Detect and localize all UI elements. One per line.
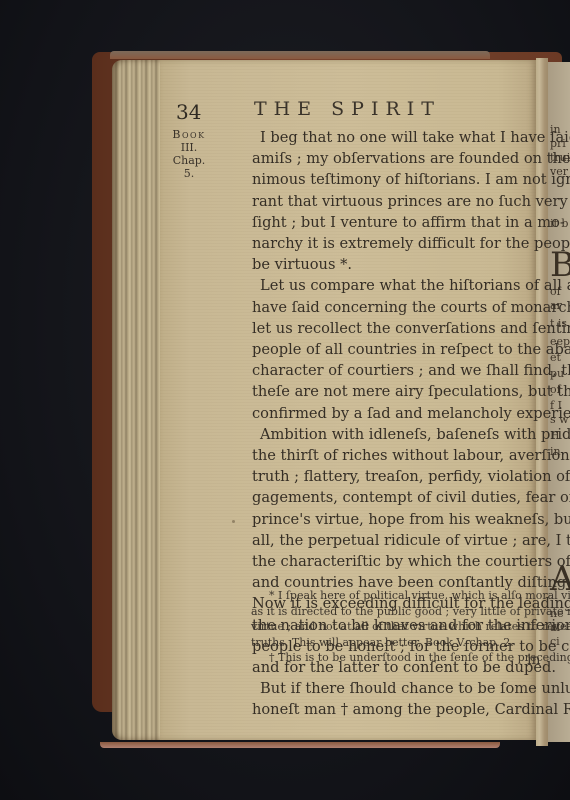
- body-line: honeſt man † among the people, Cardinal …: [252, 699, 534, 720]
- page-header: 34 THE SPIRIT: [174, 98, 534, 128]
- body-line: I beg that no one will take what I have …: [252, 127, 534, 148]
- margin-book-label: Book: [166, 128, 212, 141]
- margin-chapter: Chap. 5.: [166, 154, 212, 180]
- cover-top-edge: [110, 51, 490, 59]
- body-line: people of all countries in reſpect to th…: [252, 339, 534, 360]
- body-line: character of courtiers ; and we ſhall fi…: [252, 360, 534, 381]
- margin-book-number: III.: [166, 141, 212, 154]
- footnote-line: virtue ; and not at all of that virtue w…: [251, 619, 535, 635]
- body-line: let us recollect the converſations and ſ…: [252, 318, 534, 339]
- body-line: rant that virtuous princes are no ſuch v…: [252, 191, 534, 212]
- page-fore-edge-stack: [112, 60, 164, 740]
- body-line: gagements, contempt of civil duties, fea…: [252, 487, 534, 508]
- body-line: narchy it is extremely difficult for the…: [252, 233, 534, 254]
- body-line: theſe are not mere airy ſpeculations, bu…: [252, 381, 534, 402]
- body-line: Ambition with idleneſs, baſeneſs with pr…: [252, 424, 534, 445]
- body-line: truth ; flattery, treaſon, perfidy, viol…: [252, 466, 534, 487]
- catchword: in: [527, 652, 541, 668]
- body-line: be virtuous *.: [252, 254, 534, 275]
- footnote-line: truths. This will appear better, Book V.…: [251, 635, 535, 651]
- body-line: have ſaid concerning the courts of monar…: [252, 297, 534, 318]
- body-line: But if there ſhould chance to be ſome un…: [252, 678, 534, 699]
- body-line: prince's virtue, hope from his weakneſs,…: [252, 509, 534, 530]
- body-line: nimous teſtimony of hiſtorians. I am not…: [252, 169, 534, 190]
- body-line: the thirſt of riches without labour, ave…: [252, 445, 534, 466]
- footnote-line: as it is directed to the public good ; v…: [251, 604, 535, 620]
- margin-note: Book III. Chap. 5.: [166, 128, 212, 180]
- body-line: the characteriſtic by which the courtier…: [252, 551, 534, 572]
- body-line: ſight ; but I venture to affirm that in …: [252, 212, 534, 233]
- ink-spot: [232, 520, 235, 523]
- running-head: THE SPIRIT: [254, 98, 441, 120]
- page-number: 34: [176, 100, 201, 124]
- footnotes: * I ſpeak here of political virtue, whic…: [251, 588, 535, 666]
- body-line: Let us compare what the hiſtorians of al…: [252, 275, 534, 296]
- footnote-line: † This is to be underſtood in the ſenſe …: [251, 650, 535, 666]
- body-line: all, the perpetual ridicule of virtue ; …: [252, 530, 534, 551]
- footnote-line: * I ſpeak here of political virtue, whic…: [251, 588, 535, 604]
- cover-bottom-edge: [100, 742, 500, 748]
- body-line: amiſs ; my obſervations are founded on t…: [252, 148, 534, 169]
- body-line: confirmed by a ſad and melancholy experi…: [252, 403, 534, 424]
